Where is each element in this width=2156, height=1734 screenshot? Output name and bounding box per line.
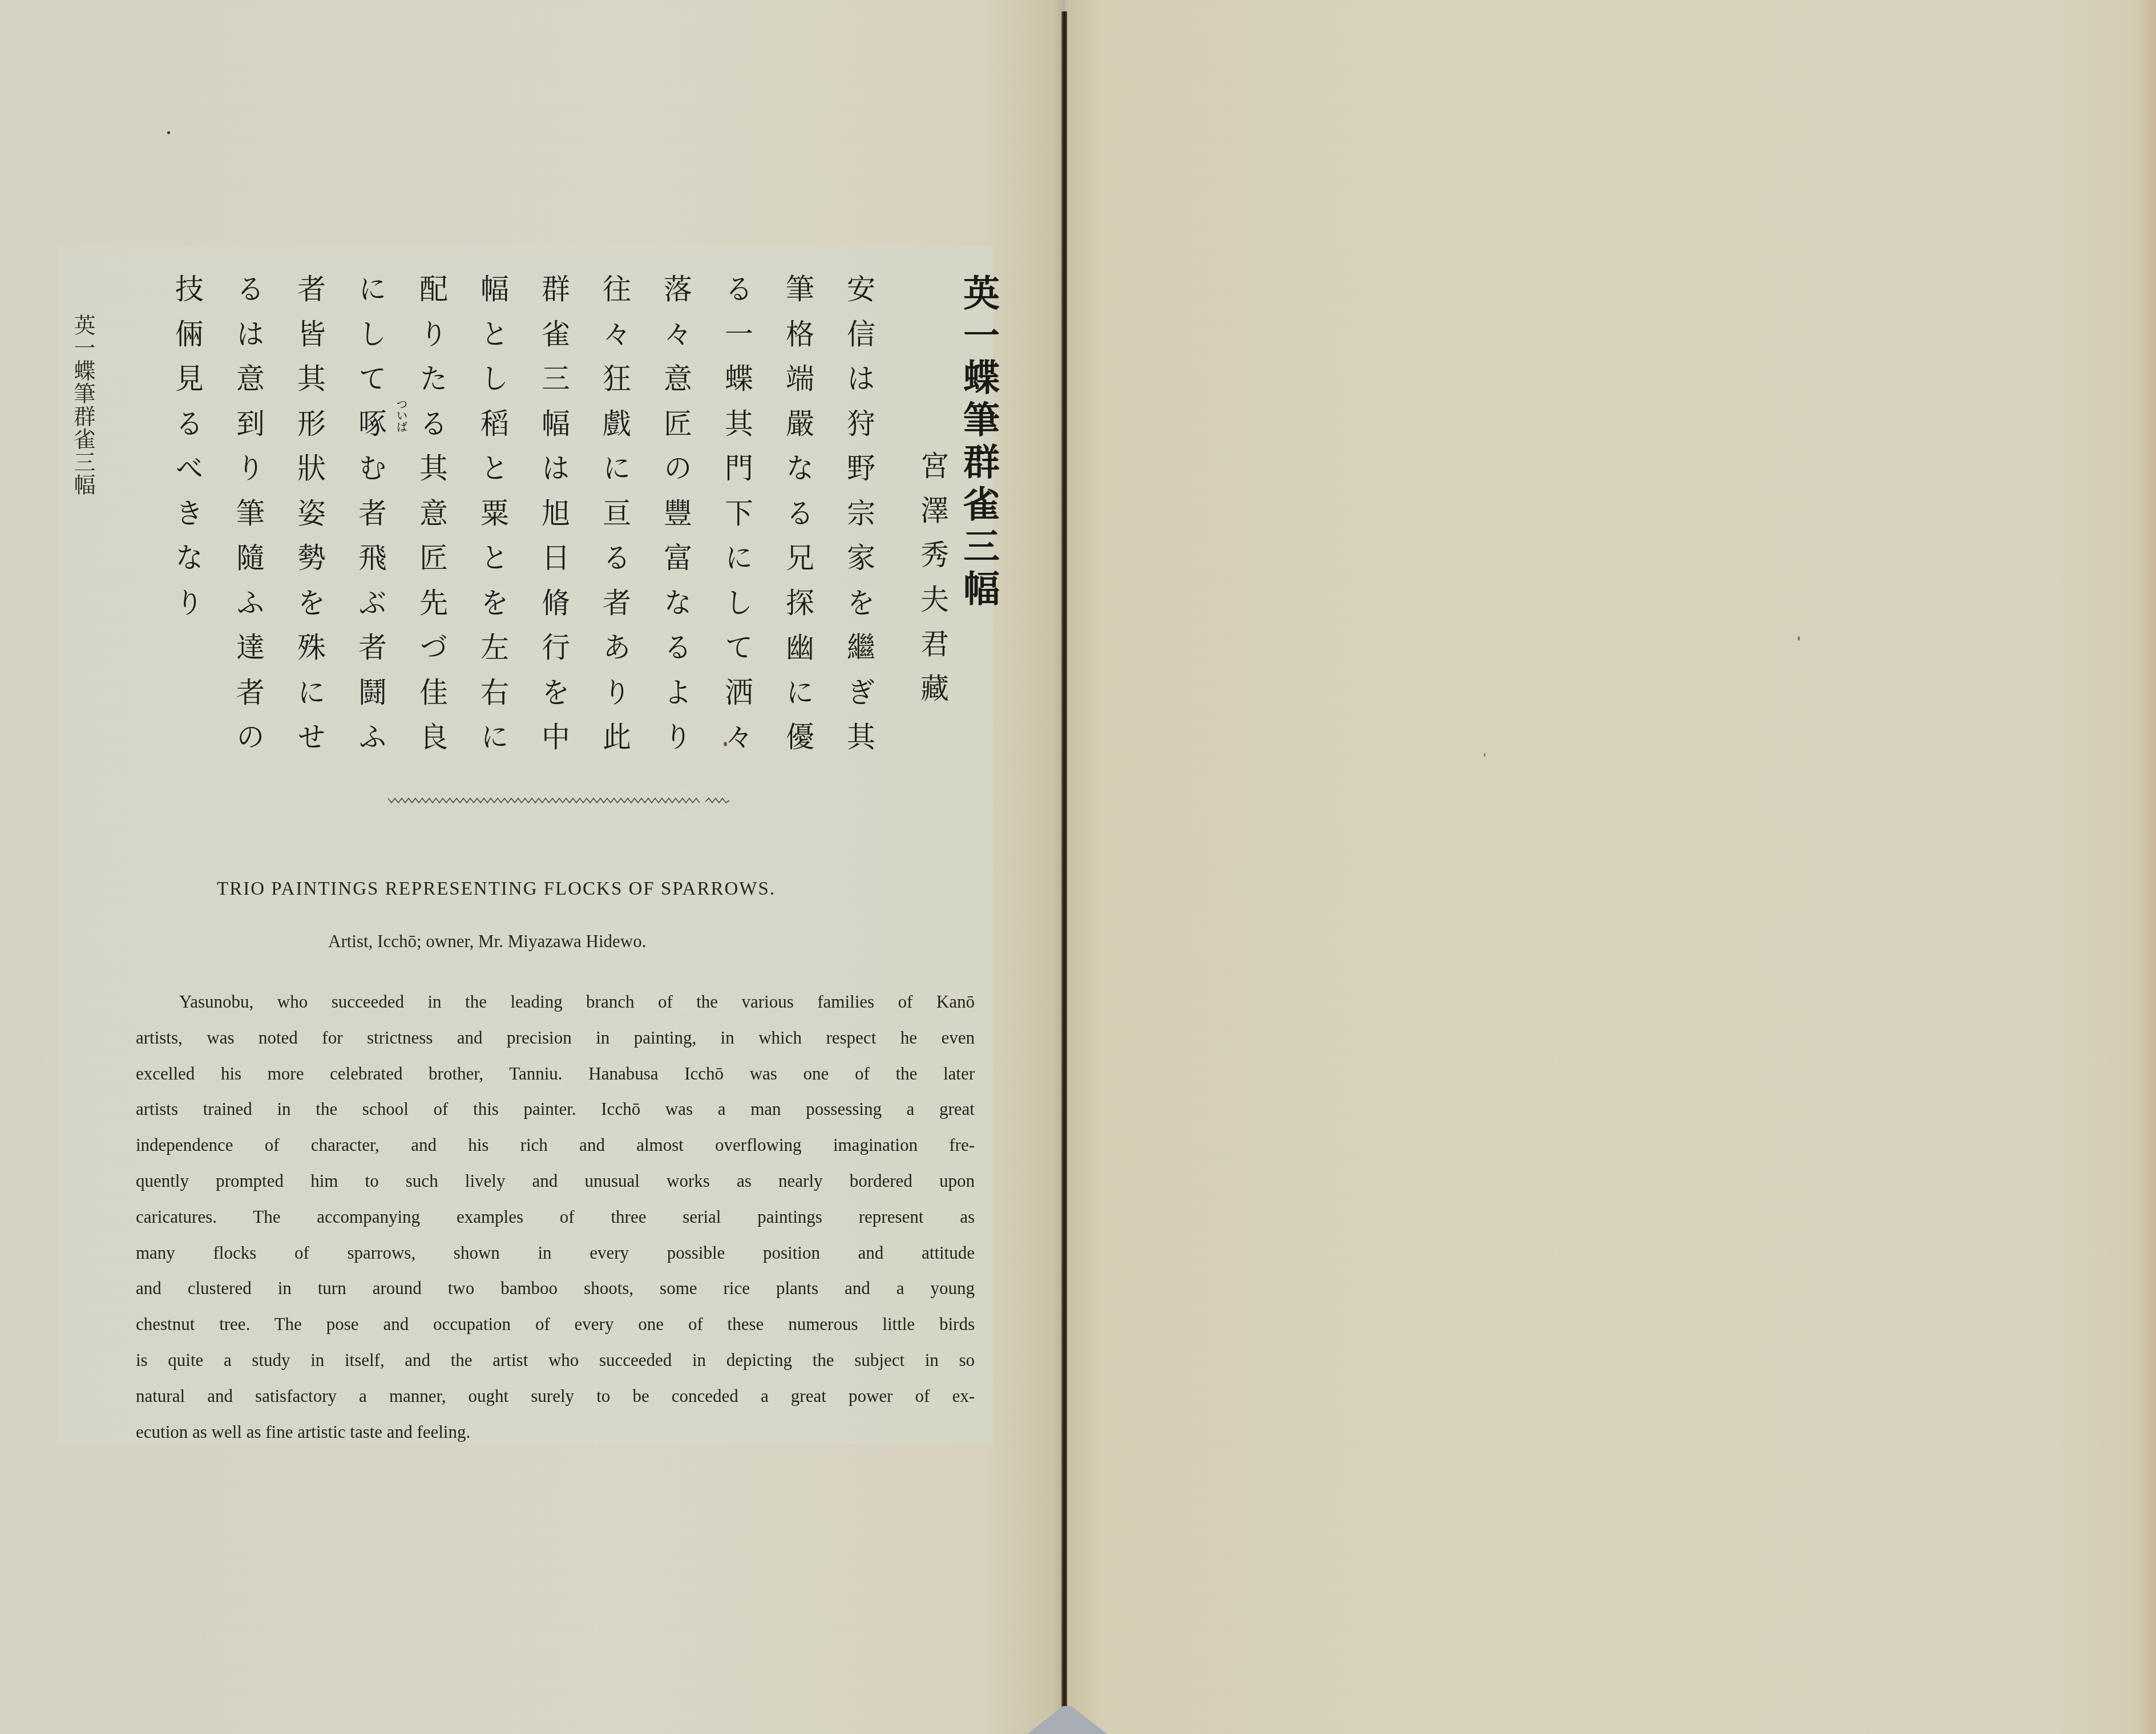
book-spread: 英一蝶筆群雀三幅 英一蝶筆群雀三幅 宮澤秀夫君藏 安信は狩野宗家を繼ぎ其 筆格端… — [0, 0, 2156, 1734]
body-line: chestnut tree. The pose and occupation o… — [136, 1307, 975, 1343]
body-line: is quite a study in itself, and the arti… — [136, 1343, 975, 1379]
english-title: TRIO PAINTINGS REPRESENTING FLOCKS OF SP… — [217, 879, 788, 900]
japanese-column-12: 技倆見るべきなり — [173, 274, 201, 632]
ornamental-wavy-rule — [388, 796, 730, 805]
body-line: and clustered in turn around two bamboo … — [136, 1271, 975, 1307]
english-body-paragraph: Yasunobu, who succeeded in the leading b… — [136, 984, 975, 1450]
body-line: artists trained in the school of this pa… — [136, 1092, 975, 1127]
body-line: Yasunobu, who succeeded in the leading b… — [136, 984, 975, 1020]
japanese-column-9: にして啄む者飛ぶ者鬪ふ — [356, 274, 385, 767]
japanese-column-4: 落々意匠の豐富なるより — [661, 274, 690, 767]
paper-speck — [1798, 636, 1800, 641]
japanese-text-block: 英一蝶筆群雀三幅 宮澤秀夫君藏 安信は狩野宗家を繼ぎ其 筆格端嚴なる兄探幽に優 … — [137, 268, 1004, 770]
paper-speck — [724, 742, 727, 746]
body-line: independence of character, and his rich … — [136, 1127, 975, 1163]
paper-speck — [1484, 753, 1485, 757]
furigana-tsuiba: ついば — [393, 398, 410, 433]
body-line: quently prompted him to such lively and … — [136, 1163, 975, 1199]
japanese-column-6: 群雀三幅は旭日脩行を中 — [539, 274, 568, 767]
japanese-column-7: 幅とし稻と粟とを左右に — [478, 274, 507, 767]
right-page-blank — [1067, 0, 2156, 1734]
japanese-column-2: 筆格端嚴なる兄探幽に優 — [784, 274, 812, 767]
running-header: 英一蝶筆群雀三幅 — [67, 314, 99, 496]
english-subtitle: Artist, Icchō; owner, Mr. Miyazawa Hidew… — [328, 931, 646, 952]
body-line: artists, was noted for strictness and pr… — [136, 1020, 975, 1056]
japanese-title: 英一蝶筆群雀三幅 — [952, 274, 1004, 612]
body-line: excelled his more celebrated brother, Ta… — [136, 1056, 975, 1092]
left-page: 英一蝶筆群雀三幅 英一蝶筆群雀三幅 宮澤秀夫君藏 安信は狩野宗家を繼ぎ其 筆格端… — [0, 0, 1065, 1734]
japanese-column-5: 往々狂戲に亘る者あり此 — [600, 274, 629, 767]
body-line: natural and satisfactory a manner, ought… — [136, 1379, 975, 1414]
japanese-column-11: るは意到り筆隨ふ達者の — [234, 274, 263, 767]
japanese-column-10: 者皆其形狀姿勢を殊にせ — [295, 274, 324, 767]
japanese-column-3: る一蝶其門下にして洒々 — [722, 274, 751, 767]
japanese-column-8: 配りたる其意匠先づ佳良 — [417, 274, 446, 767]
japanese-column-1: 安信は狩野宗家を繼ぎ其 — [845, 274, 873, 767]
book-gutter — [1061, 11, 1067, 1717]
body-line: ecution as well as fine artistic taste a… — [136, 1414, 975, 1450]
body-line: many flocks of sparrows, shown in every … — [136, 1235, 975, 1271]
body-line: caricatures. The accompanying examples o… — [136, 1199, 975, 1235]
japanese-owner-line: 宮澤秀夫君藏 — [912, 451, 953, 718]
paper-speck — [167, 131, 170, 134]
